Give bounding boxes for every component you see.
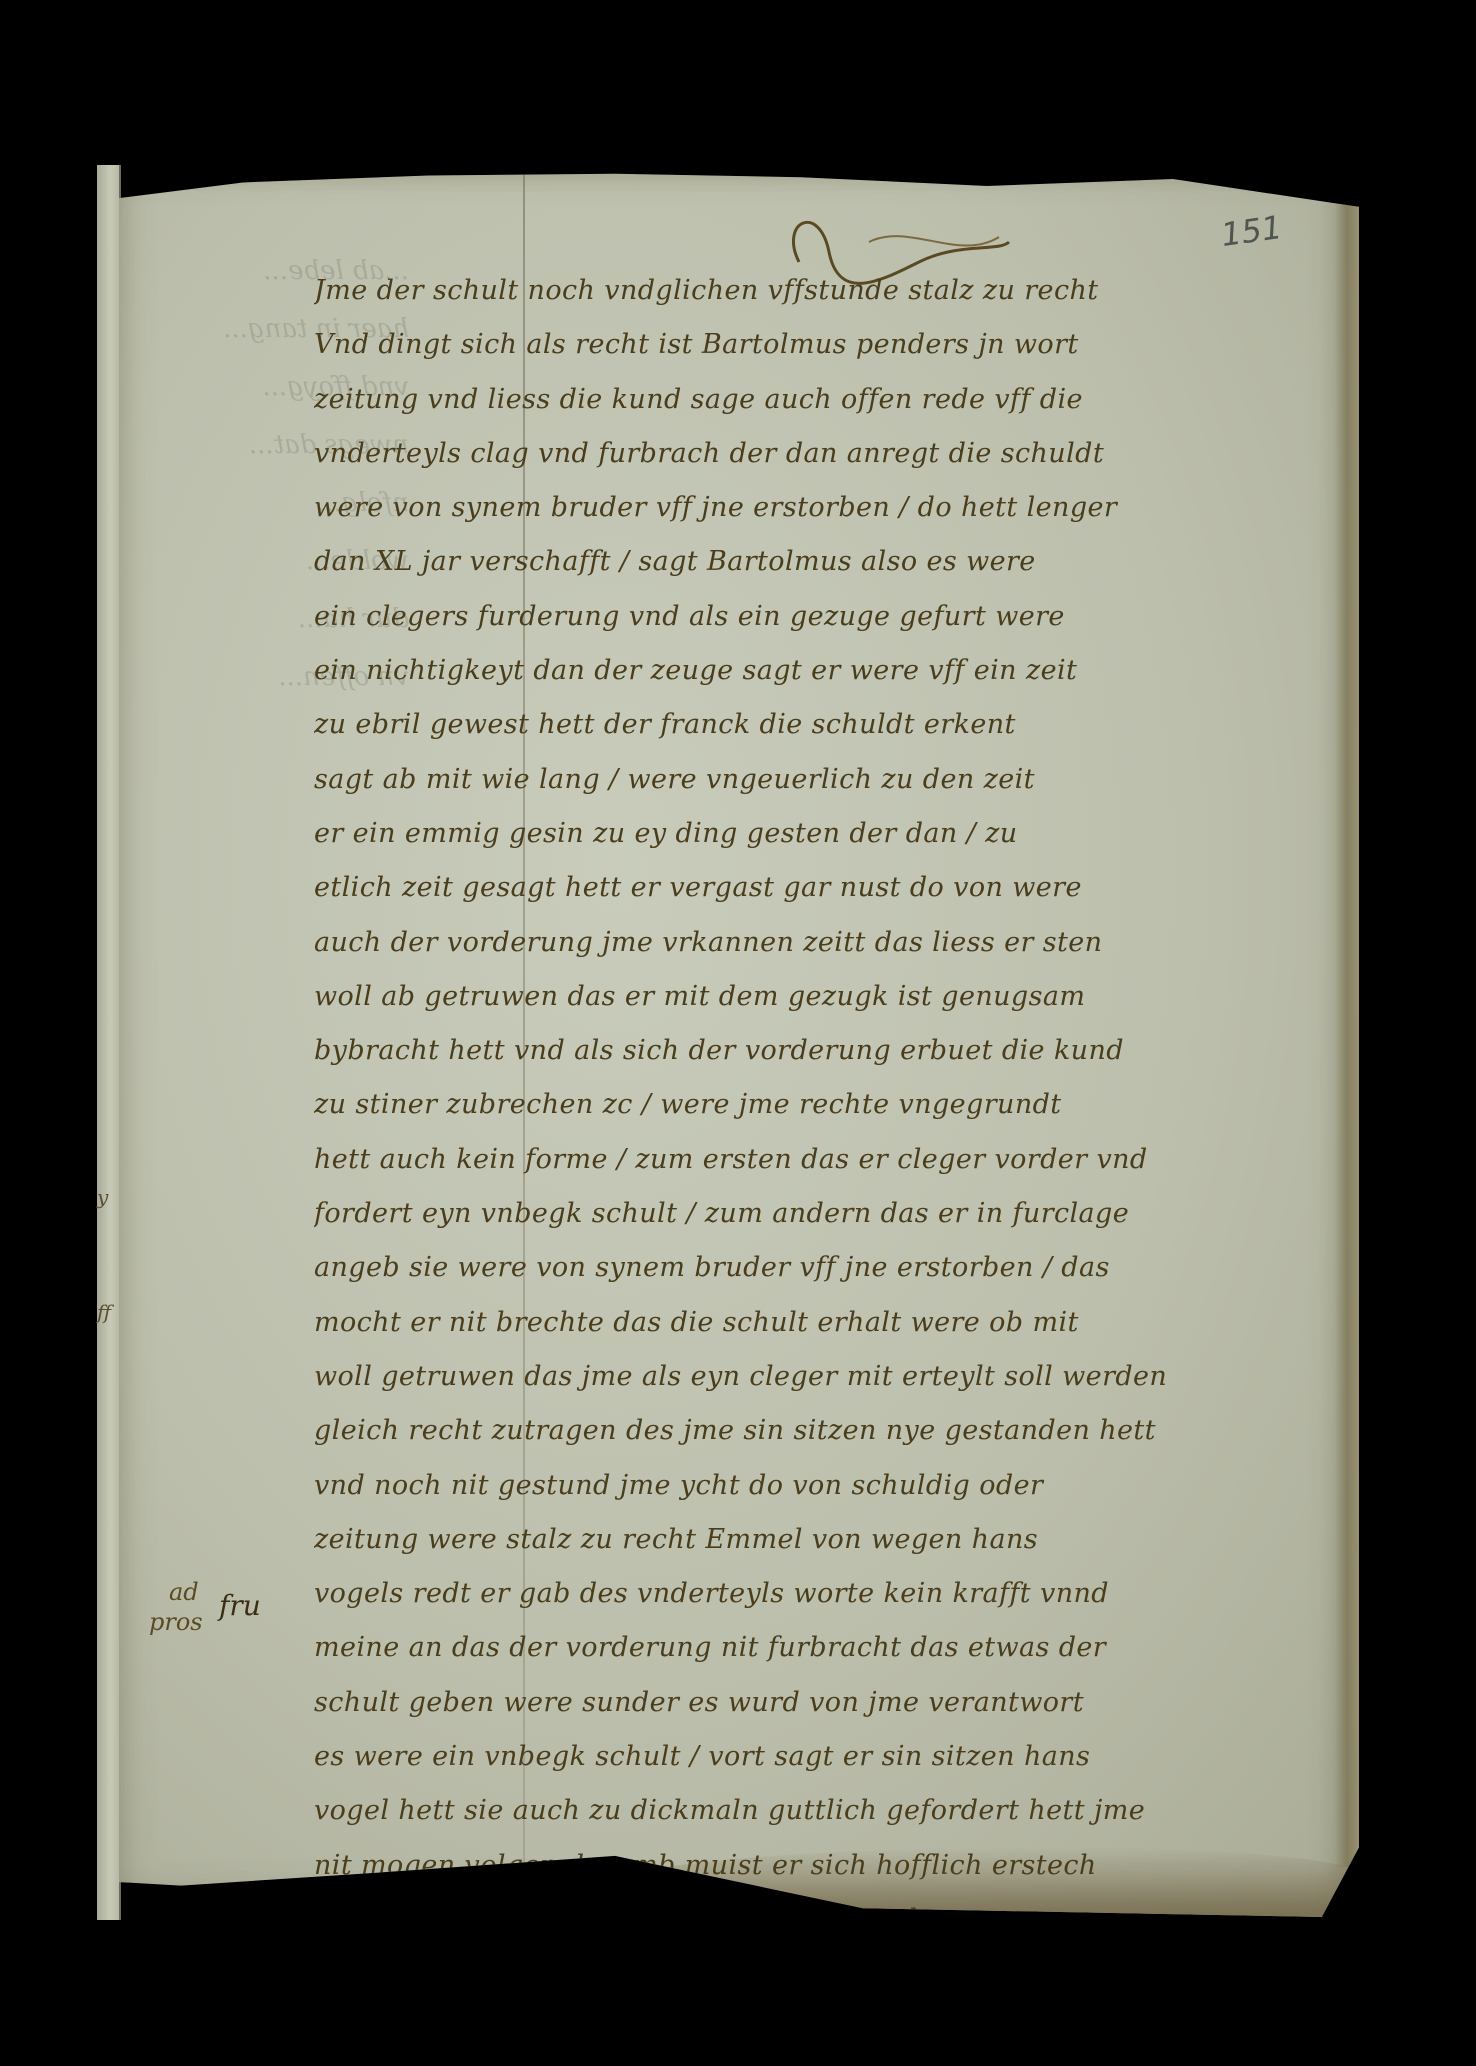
text-line: zu ebril gewest hett der franck die schu… bbox=[314, 698, 1354, 752]
text-line: angeb sie were von synem bruder vff jne … bbox=[314, 1241, 1354, 1295]
marginal-note: ad pros fru bbox=[149, 1577, 289, 1637]
text-line: vnderteyls clag vnd furbrach der dan anr… bbox=[314, 427, 1354, 481]
text-line: schult geben were sunder es wurd von jme… bbox=[314, 1676, 1354, 1730]
text-line: ein clegers furderung vnd als ein gezuge… bbox=[314, 590, 1354, 644]
main-text-block: Jme der schult noch vndglichen vffstunde… bbox=[314, 264, 1354, 1947]
text-line: Vnd dingt sich als recht ist Bartolmus p… bbox=[314, 318, 1354, 372]
left-facing-page-edge bbox=[97, 165, 121, 1920]
left-leaf-fragment: y bbox=[97, 1185, 108, 1209]
text-line: zeitung vnd liess die kund sage auch off… bbox=[314, 373, 1354, 427]
manuscript-page: ...ab lebe... haer in tang... vnd ffoyg.… bbox=[119, 172, 1359, 1917]
text-line: dan XL jar verschafft / sagt Bartolmus a… bbox=[314, 535, 1354, 589]
text-line: ein nichtigkeyt dan der zeuge sagt er we… bbox=[314, 644, 1354, 698]
text-line: Jme der schult noch vndglichen vffstunde… bbox=[314, 264, 1354, 318]
marginal-signature: fru bbox=[219, 1591, 261, 1621]
text-line: vnd noch nit gestund jme ycht do von sch… bbox=[314, 1459, 1354, 1513]
text-line: auch der vorderung jme vrkannen zeitt da… bbox=[314, 916, 1354, 970]
text-line: sagt ab mit wie lang / were vngeuerlich … bbox=[314, 753, 1354, 807]
text-line: bybracht hett vnd als sich der vorderung… bbox=[314, 1024, 1354, 1078]
text-line: hett auch kein forme / zum ersten das er… bbox=[314, 1133, 1354, 1187]
text-line: zu stiner zubrechen zc / were jme rechte… bbox=[314, 1078, 1354, 1132]
text-line: vogels redt er gab des vnderteyls worte … bbox=[314, 1567, 1354, 1621]
text-line: es were ein vnbegk schult / vort sagt er… bbox=[314, 1730, 1354, 1784]
left-leaf-fragment: ff bbox=[97, 1300, 111, 1324]
text-line: er ein emmig gesin zu ey ding gesten der… bbox=[314, 807, 1354, 861]
text-line: zeitung were stalz zu recht Emmel von we… bbox=[314, 1513, 1354, 1567]
folio-number: 151 bbox=[1219, 208, 1285, 254]
text-line: gleich recht zutragen des jme sin sitzen… bbox=[314, 1404, 1354, 1458]
text-line: vogel hett sie auch zu dickmaln guttlich… bbox=[314, 1784, 1354, 1838]
text-line: etlich zeit gesagt hett er vergast gar n… bbox=[314, 861, 1354, 915]
text-line: were von synem bruder vff jne erstorben … bbox=[314, 481, 1354, 535]
text-line: woll getruwen das jme als eyn cleger mit… bbox=[314, 1350, 1354, 1404]
text-line: mocht er nit brechte das die schult erha… bbox=[314, 1296, 1354, 1350]
text-line: meine an das der vorderung nit furbracht… bbox=[314, 1621, 1354, 1675]
text-line: fordert eyn vnbegk schult / zum andern d… bbox=[314, 1187, 1354, 1241]
text-line: woll ab getruwen das er mit dem gezugk i… bbox=[314, 970, 1354, 1024]
